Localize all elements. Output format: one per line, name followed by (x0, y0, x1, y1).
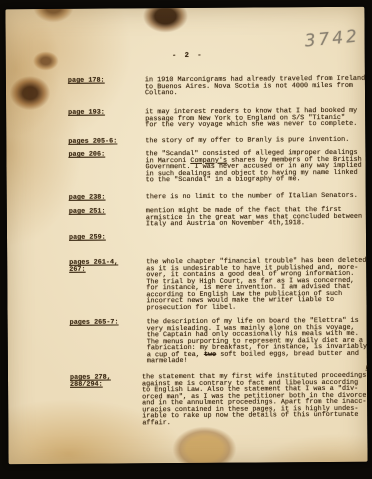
paper-sheet: 3742 - 2 - page 178: in 1910 Marconigram… (5, 7, 367, 464)
entry-label: page 178: (68, 77, 142, 84)
scanned-document-photo: 3742 - 2 - page 178: in 1910 Marconigram… (0, 0, 372, 479)
entry-text (146, 233, 372, 235)
entry-page-238: page 238: there is no limit to the numbe… (69, 193, 371, 195)
entry-label: page 251: (69, 208, 143, 215)
entry-pages-265-7: pages 265-7: the description of my life … (70, 318, 372, 320)
entry-label: page 238: (69, 194, 143, 201)
page-number-header: - 2 - (158, 53, 218, 60)
entry-page-193: page 193: it may interest readers to kno… (68, 108, 370, 110)
entry-label: pages 205-6: (68, 138, 142, 145)
entry-text: there is no limit to the number of Itali… (146, 193, 372, 201)
handwritten-archive-number: 3742 (304, 26, 361, 51)
entry-label: page 259: (69, 234, 143, 241)
entry-label: pages 265-7: (70, 319, 144, 326)
entry-text: the story of my offer to Branly is pure … (145, 137, 372, 145)
entry-text: it may interest readers to know that I h… (145, 108, 372, 129)
entry-text: mention might be made of the fact that t… (146, 207, 372, 228)
entry-text: the statement that my first wife institu… (142, 373, 372, 427)
struck-out-word: two (204, 350, 216, 358)
entry-page-206: page 206: the "Scandal" consisted of all… (68, 150, 370, 152)
entry-label: page 193: (68, 109, 142, 116)
entry-label: pages 278, 288/294: (70, 374, 144, 388)
entry-page-251: page 251: mention might be made of the f… (69, 207, 371, 209)
entry-text: the whole chapter "financial trouble" ha… (146, 258, 372, 312)
entry-label: pages 261-4, 267: (69, 259, 143, 273)
entry-page-178: page 178: in 1910 Marconigrams had alrea… (68, 76, 370, 78)
entry-text: the "Scandal" consisted of alleged impro… (145, 150, 372, 184)
entry-label: page 206: (68, 151, 142, 158)
entry-pages-261-4-267: pages 261-4, 267: the whole chapter "fin… (69, 258, 371, 260)
entry-text: the description of my life on board the … (147, 318, 372, 365)
entry-page-259: page 259: (69, 233, 371, 235)
entry-pages-278-288-294: pages 278, 288/294: the statement that m… (70, 373, 372, 375)
entry-pages-205-6: pages 205-6: the story of my offer to Br… (68, 137, 370, 139)
entry-text: in 1910 Marconigrams had already travele… (145, 76, 372, 97)
